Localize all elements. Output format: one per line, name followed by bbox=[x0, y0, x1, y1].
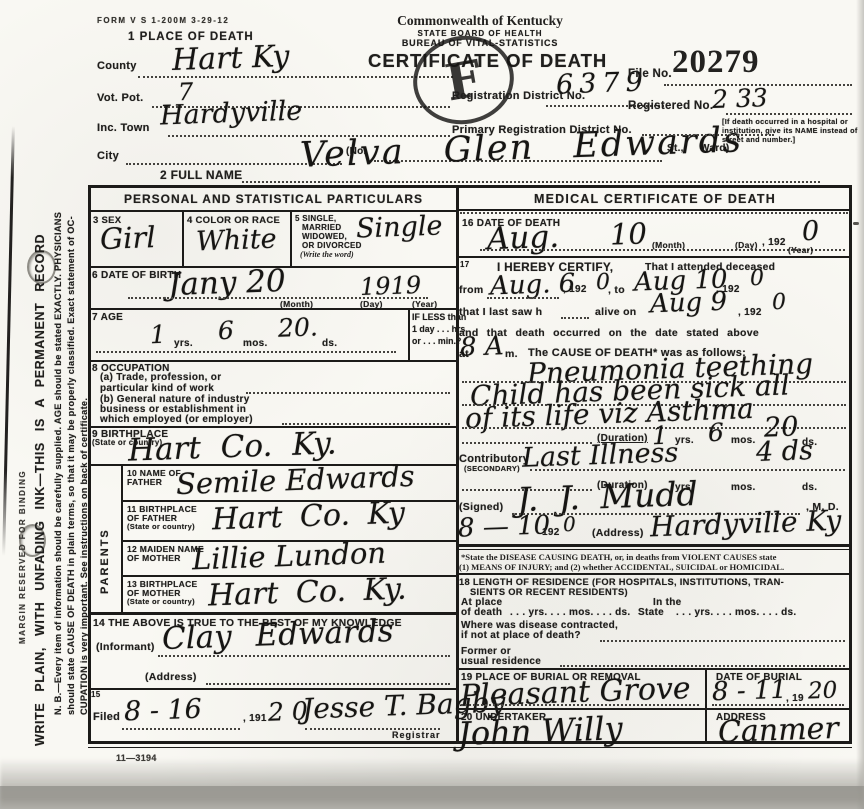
father-bp-sublabel: (State or country) bbox=[127, 522, 195, 531]
footnote-line1: *State the DISEASE CAUSING DEATH, or, in… bbox=[461, 552, 776, 562]
undertaker-signature: John Willy bbox=[457, 712, 623, 750]
rule bbox=[457, 573, 852, 575]
cell-divider bbox=[290, 210, 292, 266]
inc-town-label: Inc. Town bbox=[97, 122, 150, 134]
mos-label: mos. bbox=[731, 482, 756, 493]
dotted-leader bbox=[726, 113, 852, 115]
residence-units-right: . . . yrs. . . . mos. . . . ds. bbox=[676, 607, 796, 618]
attended-from-year-printed: , 192 bbox=[563, 284, 587, 295]
county-label: County bbox=[97, 60, 137, 72]
rule bbox=[88, 360, 456, 362]
rule-heavy bbox=[457, 544, 852, 547]
filed-date-entry: 8 - 16 bbox=[124, 696, 203, 726]
dob-entry: Jany 20 bbox=[167, 266, 286, 301]
informant-entry: Clay Edwards bbox=[162, 616, 394, 655]
form-number-note: FORM V S 1-200M 3-29-12 bbox=[97, 16, 229, 25]
burial-cell-divider bbox=[705, 668, 707, 742]
residence-units-left: . . . yrs. . . . mos. . . . ds. bbox=[510, 607, 630, 618]
burial-year-printed: , 19 bbox=[786, 693, 804, 704]
former-residence-label2: usual residence bbox=[461, 656, 541, 667]
if-less-line3: or . . . min.? bbox=[412, 336, 461, 346]
vot-pot-label: Vot. Pot. bbox=[97, 92, 144, 104]
at-place-label2: of death bbox=[461, 607, 502, 618]
scan-edge-line bbox=[2, 126, 15, 556]
dob-year-entry: 1919 bbox=[360, 273, 422, 299]
dotted-leader bbox=[242, 181, 820, 183]
secondary-sublabel: (SECONDARY) bbox=[464, 464, 520, 473]
contributory-entry: Last Illness bbox=[522, 439, 679, 471]
paper: MARGIN RESERVED FOR BINDING WRITE PLAIN,… bbox=[0, 0, 864, 786]
box-border-right bbox=[849, 185, 852, 743]
signed-year-entry: 0 bbox=[563, 514, 576, 534]
father-name-entry: Semile Edwards bbox=[176, 462, 415, 499]
signed-label: (Signed) bbox=[459, 501, 503, 513]
mos-label: mos. bbox=[243, 338, 268, 349]
occupation-a-line1: (a) Trade, profession, or bbox=[100, 372, 221, 383]
inc-town-entry: Hardyville bbox=[160, 98, 303, 130]
color-race-entry: White bbox=[196, 226, 278, 256]
full-name-label: 2 FULL NAME bbox=[160, 168, 242, 182]
date-of-burial-entry: 8 - 11 bbox=[712, 677, 788, 706]
marital-label-3: WIDOWED, bbox=[302, 232, 347, 241]
place-of-burial-entry: Pleasant Grove bbox=[460, 674, 692, 712]
father-name-label2: FATHER bbox=[127, 477, 162, 487]
date-of-death-year-printed: , 192 bbox=[762, 237, 786, 248]
marital-entry: Single bbox=[356, 213, 443, 243]
parents-label: PARENTS bbox=[99, 482, 111, 594]
dotted-leader bbox=[461, 704, 699, 706]
occupation-b-line3: which employed (or employer) bbox=[100, 414, 253, 425]
last-saw-alive-entry: Aug 9 bbox=[650, 289, 728, 318]
undertaker-address-entry: Canmer bbox=[718, 714, 840, 748]
dotted-leader bbox=[600, 640, 845, 642]
date-of-death-day-entry: 10 bbox=[610, 219, 648, 249]
dotted-leader bbox=[561, 317, 589, 319]
age-days-entry: 20. bbox=[278, 314, 319, 340]
dotted-leader bbox=[206, 683, 450, 685]
filed-label: Filed bbox=[93, 711, 120, 723]
attended-to-label: , to bbox=[608, 284, 625, 296]
physician-address-entry: Hardyville Ky bbox=[650, 507, 842, 542]
signed-year-printed: 192 bbox=[542, 527, 560, 538]
marital-sub-label: (Write the word) bbox=[300, 250, 354, 259]
hospital-note: [If death occurred in a hospital or inst… bbox=[722, 117, 858, 144]
dotted-leader bbox=[282, 423, 450, 425]
physician-address-label: (Address) bbox=[592, 527, 644, 539]
rule bbox=[457, 668, 852, 670]
informant-address-label: (Address) bbox=[145, 671, 197, 683]
ds-label: ds. bbox=[322, 338, 337, 349]
dotted-leader bbox=[122, 728, 240, 730]
year-sublabel: (Year) bbox=[788, 245, 813, 255]
attended-from-label: from bbox=[459, 284, 484, 296]
mother-name-entry: Lillie Lundon bbox=[192, 539, 387, 575]
dotted-leader bbox=[96, 351, 396, 353]
alive-on-label: alive on bbox=[595, 306, 637, 318]
registered-no-label: Registered No. bbox=[628, 100, 713, 112]
birthplace-entry: Hart Co. Ky. bbox=[128, 428, 338, 466]
mother-bp-sublabel: (State or country) bbox=[127, 597, 195, 606]
last-saw-label: that I last saw h bbox=[459, 306, 542, 318]
certify-row-number: 17 bbox=[460, 260, 470, 269]
scan-bottom-shadow bbox=[0, 758, 864, 809]
date-of-death-year-entry: 0 bbox=[802, 218, 820, 246]
margin-nb-line1: N. B.—Every item of information should b… bbox=[53, 123, 63, 715]
file-no-value: 20279 bbox=[672, 44, 760, 81]
death-occurred-line: and that death occurred on the date stat… bbox=[459, 327, 759, 339]
rule bbox=[457, 209, 852, 211]
disease-contracted-label2: if not at place of death? bbox=[461, 630, 581, 641]
death-certificate-document: MARGIN RESERVED FOR BINDING WRITE PLAIN,… bbox=[0, 0, 864, 809]
signed-date-entry: 8 — 10 bbox=[458, 512, 551, 541]
margin-nb-line2: should state CAUSE OF DEATH in plain ter… bbox=[66, 123, 76, 715]
residence-label-line2: SIENTS OR RECENT RESIDENTS) bbox=[470, 587, 628, 597]
informant-label: (Informant) bbox=[96, 641, 155, 653]
occupation-a-line2: particular kind of work bbox=[100, 383, 214, 394]
age-months-entry: 6 bbox=[218, 318, 235, 344]
dotted-leader bbox=[246, 392, 450, 394]
state-label: State bbox=[638, 607, 664, 618]
yrs-label: yrs. bbox=[174, 338, 193, 349]
residence-label-line1: 18 LENGTH OF RESIDENCE (FOR HOSPITALS, I… bbox=[459, 577, 784, 587]
duration-months-entry: 6 bbox=[708, 420, 725, 446]
rule bbox=[457, 549, 852, 550]
age-years-entry: 1 bbox=[150, 322, 167, 348]
personal-section-title: PERSONAL AND STATISTICAL PARTICULARS bbox=[91, 192, 456, 206]
scan-right-edge bbox=[856, 0, 864, 809]
dotted-leader bbox=[158, 655, 450, 657]
dotted-leader bbox=[712, 704, 844, 706]
cell-divider bbox=[408, 308, 410, 361]
rule-heavy bbox=[88, 612, 456, 615]
footnote-line2: (1) MEANS OF INJURY; and (2) whether ACC… bbox=[459, 562, 784, 572]
attended-to-year-entry: 0 bbox=[750, 268, 765, 290]
rule bbox=[457, 256, 852, 258]
mos-label: mos. bbox=[731, 435, 756, 446]
hour-of-death-entry: 8 A bbox=[460, 333, 504, 361]
rule bbox=[88, 308, 456, 310]
margin-binding-note: MARGIN RESERVED FOR BINDING bbox=[18, 382, 27, 644]
mother-bp-entry: Hart Co. Ky. bbox=[208, 575, 407, 612]
sex-entry: Girl bbox=[100, 223, 157, 254]
parents-cell-divider bbox=[121, 464, 123, 612]
mother-name-label2: OF MOTHER bbox=[127, 553, 181, 563]
dotted-leader bbox=[530, 469, 845, 471]
marital-label-4: OR DIVORCED bbox=[302, 241, 362, 250]
file-no-label: File No. bbox=[628, 68, 672, 80]
marital-label-1: 5 SINGLE, bbox=[295, 214, 336, 223]
county-entry: Hart Ky bbox=[172, 42, 290, 76]
medical-section-title: MEDICAL CERTIFICATE OF DEATH bbox=[460, 192, 850, 206]
margin-write-plain-note: WRITE PLAIN, WITH UNFADING INK—THIS IS A… bbox=[33, 170, 47, 746]
m-label: m. bbox=[505, 348, 518, 360]
day-sublabel: (Day) bbox=[735, 240, 758, 250]
commonwealth-heading: Commonwealth of Kentucky bbox=[382, 13, 578, 29]
age-label: 7 AGE bbox=[92, 312, 123, 323]
dotted-leader bbox=[128, 297, 428, 299]
contributory-duration-entry: 4 ds bbox=[756, 437, 814, 466]
dotted-leader bbox=[560, 665, 845, 667]
alive-year-printed: , 192 bbox=[738, 307, 762, 318]
dotted-leader bbox=[487, 297, 559, 299]
month-sublabel: (Month) bbox=[652, 240, 685, 250]
rule bbox=[457, 708, 852, 710]
registered-no-value: 2 33 bbox=[712, 85, 769, 112]
alive-year-entry: 0 bbox=[772, 292, 787, 314]
filed-year-printed: , 191 bbox=[243, 713, 267, 724]
burial-year-entry: 20 bbox=[808, 679, 838, 703]
primary-registration-label: Primary Registration District No. bbox=[452, 124, 632, 136]
cell-divider bbox=[182, 210, 184, 266]
marital-label-2: MARRIED bbox=[302, 223, 341, 232]
dotted-leader bbox=[460, 212, 848, 214]
registrar-label: Registrar bbox=[392, 730, 441, 740]
ds-label: ds. bbox=[802, 482, 817, 493]
city-label: City bbox=[97, 150, 119, 162]
father-bp-entry: Hart Co. Ky bbox=[212, 499, 406, 536]
stamp-letter: F bbox=[441, 48, 486, 112]
filed-row-number: 15 bbox=[91, 690, 101, 699]
box-border-top bbox=[88, 185, 852, 188]
